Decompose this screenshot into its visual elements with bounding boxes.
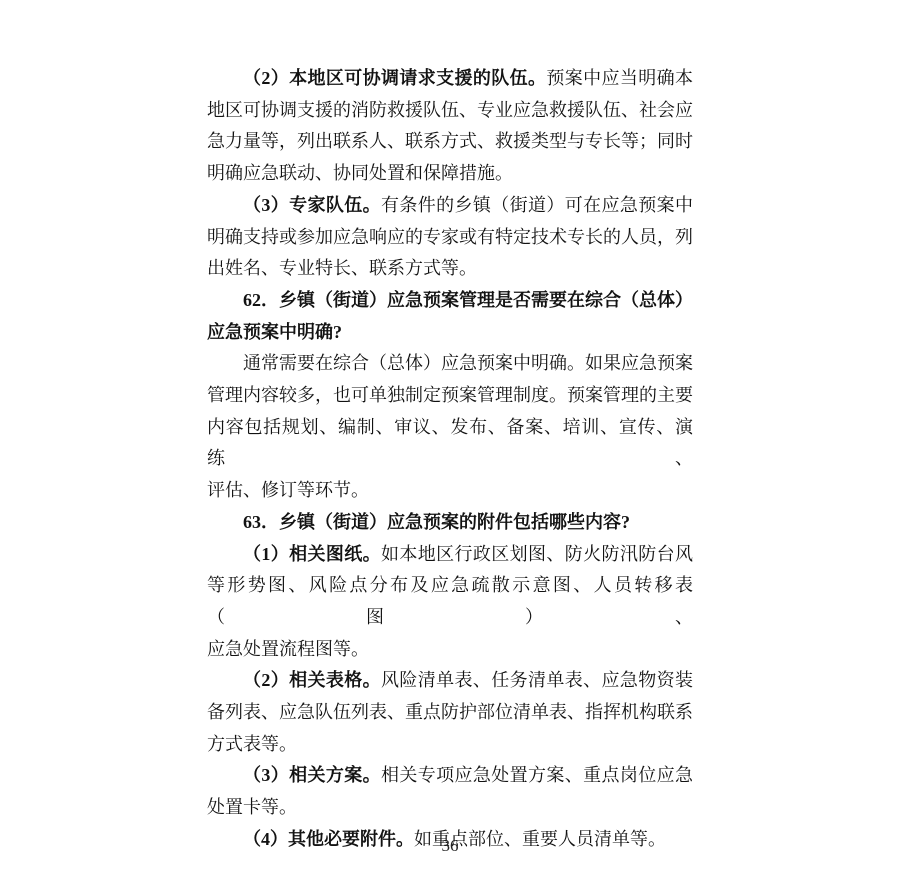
text-line: 通常需要在综合（总体）应急预案中明确。如果应急预案 (207, 348, 693, 380)
text-line: 等形势图、风险点分布及应急疏散示意图、人员转移表（图）、 (207, 570, 693, 633)
paragraph: （2）本地区可协调请求支援的队伍。预案中应当明确本地区可协调支援的消防救援队伍、… (207, 63, 693, 190)
text-run: 风险清单表、任务清单表、应急物资装 (381, 670, 693, 690)
text-line: 地区可协调支援的消防救援队伍、专业应急救援队伍、社会应 (207, 95, 693, 127)
paragraph: 63．乡镇（街道）应急预案的附件包括哪些内容? (207, 507, 693, 539)
text-line: 明确支持或参加应急响应的专家或有特定技术专长的人员，列 (207, 222, 693, 254)
text-run: 等形势图、风险点分布及应急疏散示意图、人员转移表（图）、 (207, 575, 693, 627)
bold-text-run: 62．乡镇（街道）应急预案管理是否需要在综合（总体） (243, 290, 693, 310)
text-run: 应急处置流程图等。 (207, 639, 369, 659)
text-run: 明确支持或参加应急响应的专家或有特定技术专长的人员，列 (207, 227, 693, 247)
paragraph: （1）相关图纸。如本地区行政区划图、防火防汛防台风等形势图、风险点分布及应急疏散… (207, 539, 693, 666)
text-line: 内容包括规划、编制、审议、发布、备案、培训、宣传、演练、 (207, 412, 693, 475)
text-line: （3）专家队伍。有条件的乡镇（街道）可在应急预案中 (207, 190, 693, 222)
text-run: 备列表、应急队伍列表、重点防护部位清单表、指挥机构联系 (207, 702, 693, 722)
text-run: 地区可协调支援的消防救援队伍、专业应急救援队伍、社会应 (207, 100, 693, 120)
text-line: 方式表等。 (207, 729, 693, 761)
text-run: 预案中应当明确本 (546, 68, 693, 88)
text-run: 通常需要在综合（总体）应急预案中明确。如果应急预案 (243, 353, 693, 373)
text-run: 管理内容较多，也可单独制定预案管理制度。预案管理的主要 (207, 385, 693, 405)
text-line: 评估、修订等环节。 (207, 475, 693, 507)
text-line: 备列表、应急队伍列表、重点防护部位清单表、指挥机构联系 (207, 697, 693, 729)
text-run: 明确应急联动、协同处置和保障措施。 (207, 163, 513, 183)
bold-text-run: 63．乡镇（街道）应急预案的附件包括哪些内容? (243, 512, 630, 532)
paragraph: 62．乡镇（街道）应急预案管理是否需要在综合（总体）应急预案中明确? (207, 285, 693, 348)
paragraph: （3）专家队伍。有条件的乡镇（街道）可在应急预案中明确支持或参加应急响应的专家或… (207, 190, 693, 285)
document-body: （2）本地区可协调请求支援的队伍。预案中应当明确本地区可协调支援的消防救援队伍、… (207, 63, 693, 856)
text-line: （2）本地区可协调请求支援的队伍。预案中应当明确本 (207, 63, 693, 95)
bold-text-run: （1）相关图纸。 (243, 544, 381, 564)
text-line: 急力量等，列出联系人、联系方式、救援类型与专长等；同时 (207, 126, 693, 158)
text-run: 出姓名、专业特长、联系方式等。 (207, 258, 477, 278)
bold-text-run: 应急预案中明确? (207, 322, 342, 342)
bold-text-run: （3）专家队伍。 (243, 195, 381, 215)
text-run: 急力量等，列出联系人、联系方式、救援类型与专长等；同时 (207, 131, 693, 151)
text-line: 62．乡镇（街道）应急预案管理是否需要在综合（总体） (207, 285, 693, 317)
text-line: 应急处置流程图等。 (207, 634, 693, 666)
text-line: 出姓名、专业特长、联系方式等。 (207, 253, 693, 285)
bold-text-run: （3）相关方案。 (243, 765, 381, 785)
paragraph: （2）相关表格。风险清单表、任务清单表、应急物资装备列表、应急队伍列表、重点防护… (207, 665, 693, 760)
paragraph: （3）相关方案。相关专项应急处置方案、重点岗位应急处置卡等。 (207, 760, 693, 823)
text-run: 如本地区行政区划图、防火防汛防台风 (381, 544, 693, 564)
text-line: （1）相关图纸。如本地区行政区划图、防火防汛防台风 (207, 539, 693, 571)
text-run: 内容包括规划、编制、审议、发布、备案、培训、宣传、演练、 (207, 417, 693, 469)
paragraph: 通常需要在综合（总体）应急预案中明确。如果应急预案管理内容较多，也可单独制定预案… (207, 348, 693, 507)
text-line: 63．乡镇（街道）应急预案的附件包括哪些内容? (207, 507, 693, 539)
text-line: （2）相关表格。风险清单表、任务清单表、应急物资装 (207, 665, 693, 697)
text-run: 相关专项应急处置方案、重点岗位应急 (381, 765, 693, 785)
text-line: 明确应急联动、协同处置和保障措施。 (207, 158, 693, 190)
page-number: 36 (0, 835, 900, 857)
text-run: 方式表等。 (207, 734, 297, 754)
text-line: （3）相关方案。相关专项应急处置方案、重点岗位应急 (207, 760, 693, 792)
bold-text-run: （2）相关表格。 (243, 670, 381, 690)
bold-text-run: （2）本地区可协调请求支援的队伍。 (243, 68, 546, 88)
text-run: 有条件的乡镇（街道）可在应急预案中 (381, 195, 693, 215)
text-line: 管理内容较多，也可单独制定预案管理制度。预案管理的主要 (207, 380, 693, 412)
text-run: 评估、修订等环节。 (207, 480, 369, 500)
text-run: 处置卡等。 (207, 797, 297, 817)
text-line: 应急预案中明确? (207, 317, 693, 349)
document-page: （2）本地区可协调请求支援的队伍。预案中应当明确本地区可协调支援的消防救援队伍、… (0, 0, 900, 873)
text-line: 处置卡等。 (207, 792, 693, 824)
